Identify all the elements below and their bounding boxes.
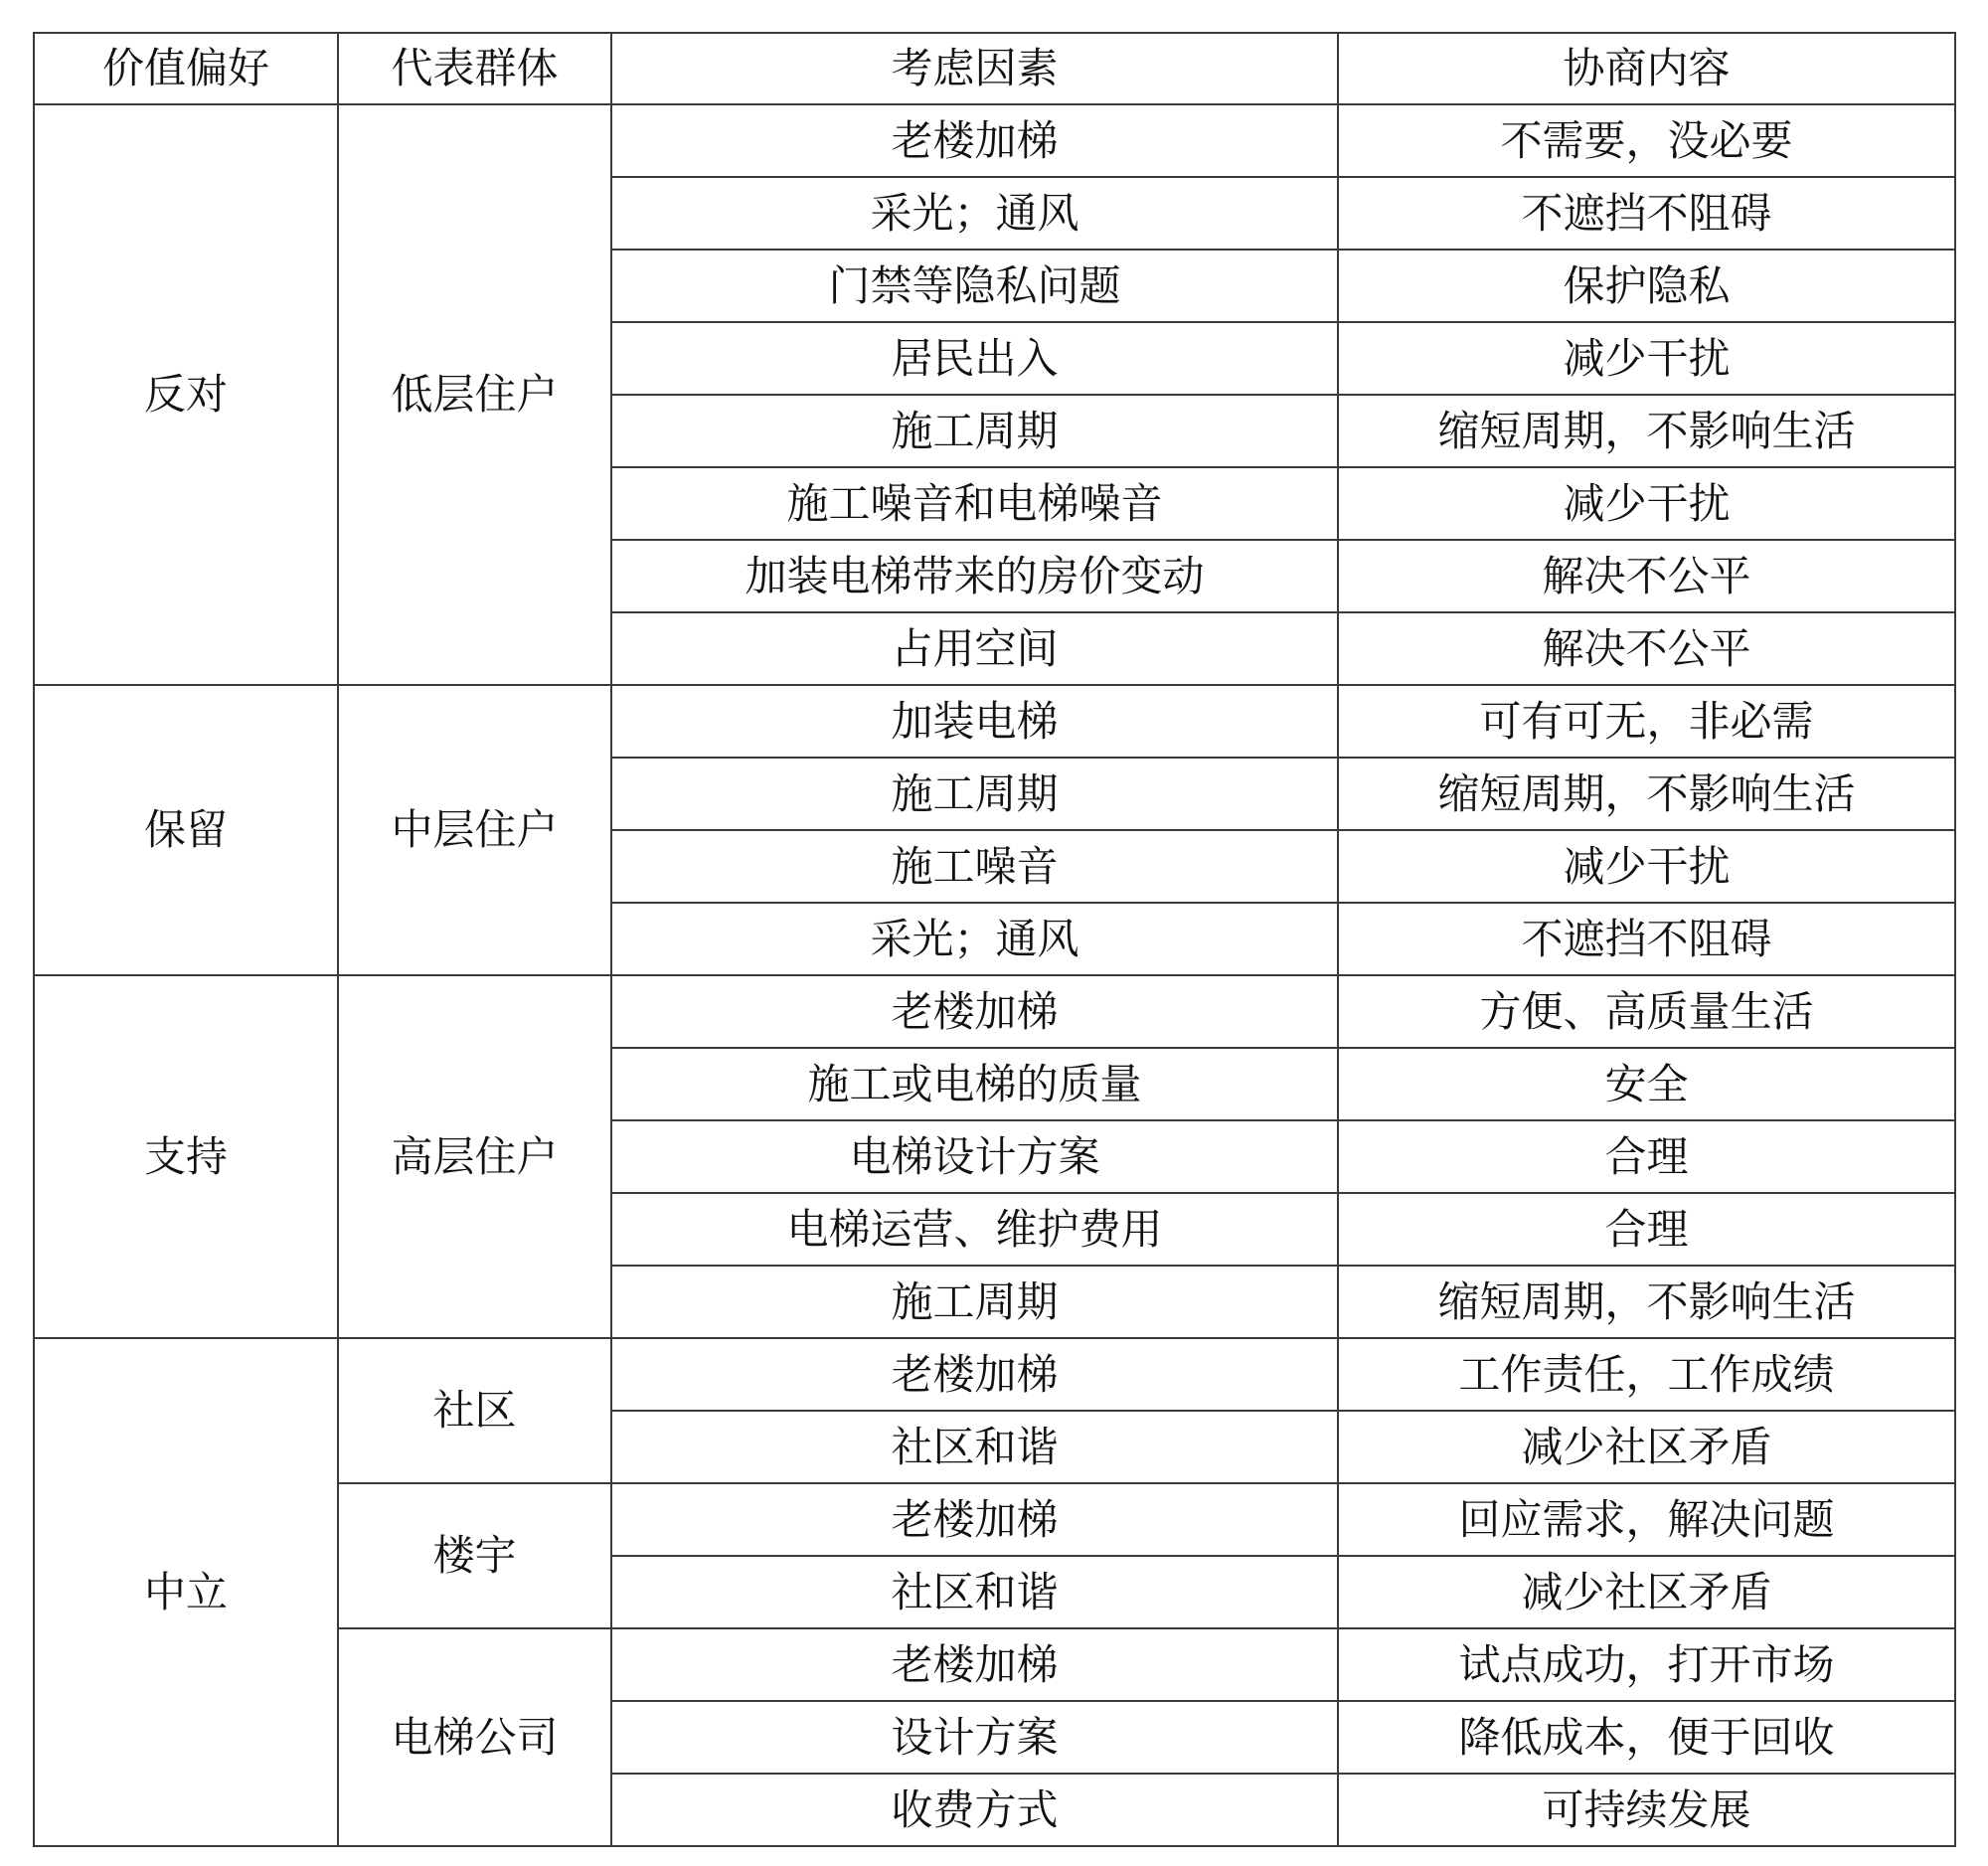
- content-cell: 不遮挡不阻碍: [1338, 903, 1955, 975]
- factor-cell: 施工周期: [611, 1266, 1338, 1338]
- header-factor: 考虑因素: [611, 33, 1338, 104]
- preference-cell: 保留: [34, 685, 338, 975]
- factor-cell: 老楼加梯: [611, 975, 1338, 1048]
- content-cell: 合理: [1338, 1193, 1955, 1266]
- content-cell: 方便、高质量生活: [1338, 975, 1955, 1048]
- content-cell: 解决不公平: [1338, 612, 1955, 685]
- group-cell: 低层住户: [338, 104, 611, 685]
- header-preference: 价值偏好: [34, 33, 338, 104]
- content-cell: 缩短周期，不影响生活: [1338, 1266, 1955, 1338]
- content-cell: 缩短周期，不影响生活: [1338, 395, 1955, 467]
- factor-cell: 采光；通风: [611, 177, 1338, 250]
- factor-cell: 电梯运营、维护费用: [611, 1193, 1338, 1266]
- factor-cell: 施工噪音和电梯噪音: [611, 467, 1338, 540]
- content-cell: 安全: [1338, 1048, 1955, 1120]
- preference-cell: 反对: [34, 104, 338, 685]
- factor-cell: 社区和谐: [611, 1556, 1338, 1628]
- factor-cell: 电梯设计方案: [611, 1120, 1338, 1193]
- factor-cell: 施工周期: [611, 758, 1338, 830]
- header-group: 代表群体: [338, 33, 611, 104]
- content-cell: 可有可无，非必需: [1338, 685, 1955, 758]
- preference-table: 价值偏好 代表群体 考虑因素 协商内容 反对 低层住户 老楼加梯 不需要，没必要…: [33, 32, 1956, 1847]
- content-cell: 不需要，没必要: [1338, 104, 1955, 177]
- table-row: 中立 社区 老楼加梯 工作责任，工作成绩: [34, 1338, 1955, 1411]
- factor-cell: 老楼加梯: [611, 1628, 1338, 1701]
- content-cell: 减少干扰: [1338, 467, 1955, 540]
- factor-cell: 采光；通风: [611, 903, 1338, 975]
- content-cell: 减少干扰: [1338, 830, 1955, 903]
- group-cell: 高层住户: [338, 975, 611, 1338]
- factor-cell: 施工或电梯的质量: [611, 1048, 1338, 1120]
- table-row: 保留 中层住户 加装电梯 可有可无，非必需: [34, 685, 1955, 758]
- group-cell: 电梯公司: [338, 1628, 611, 1846]
- content-cell: 降低成本，便于回收: [1338, 1701, 1955, 1774]
- content-cell: 合理: [1338, 1120, 1955, 1193]
- group-cell: 社区: [338, 1338, 611, 1483]
- content-cell: 试点成功，打开市场: [1338, 1628, 1955, 1701]
- header-row: 价值偏好 代表群体 考虑因素 协商内容: [34, 33, 1955, 104]
- factor-cell: 施工噪音: [611, 830, 1338, 903]
- factor-cell: 设计方案: [611, 1701, 1338, 1774]
- factor-cell: 老楼加梯: [611, 104, 1338, 177]
- header-content: 协商内容: [1338, 33, 1955, 104]
- factor-cell: 占用空间: [611, 612, 1338, 685]
- factor-cell: 加装电梯带来的房价变动: [611, 540, 1338, 612]
- factor-cell: 居民出入: [611, 322, 1338, 395]
- content-cell: 不遮挡不阻碍: [1338, 177, 1955, 250]
- content-cell: 缩短周期，不影响生活: [1338, 758, 1955, 830]
- preference-cell: 支持: [34, 975, 338, 1338]
- group-cell: 楼宇: [338, 1483, 611, 1628]
- group-cell: 中层住户: [338, 685, 611, 975]
- factor-cell: 加装电梯: [611, 685, 1338, 758]
- table-row: 反对 低层住户 老楼加梯 不需要，没必要: [34, 104, 1955, 177]
- content-cell: 解决不公平: [1338, 540, 1955, 612]
- content-cell: 减少社区矛盾: [1338, 1556, 1955, 1628]
- content-cell: 减少社区矛盾: [1338, 1411, 1955, 1483]
- table-row: 支持 高层住户 老楼加梯 方便、高质量生活: [34, 975, 1955, 1048]
- factor-cell: 老楼加梯: [611, 1338, 1338, 1411]
- content-cell: 工作责任，工作成绩: [1338, 1338, 1955, 1411]
- factor-cell: 社区和谐: [611, 1411, 1338, 1483]
- factor-cell: 老楼加梯: [611, 1483, 1338, 1556]
- factor-cell: 门禁等隐私问题: [611, 250, 1338, 322]
- content-cell: 回应需求，解决问题: [1338, 1483, 1955, 1556]
- content-cell: 可持续发展: [1338, 1774, 1955, 1846]
- factor-cell: 收费方式: [611, 1774, 1338, 1846]
- preference-cell: 中立: [34, 1338, 338, 1846]
- factor-cell: 施工周期: [611, 395, 1338, 467]
- content-cell: 保护隐私: [1338, 250, 1955, 322]
- content-cell: 减少干扰: [1338, 322, 1955, 395]
